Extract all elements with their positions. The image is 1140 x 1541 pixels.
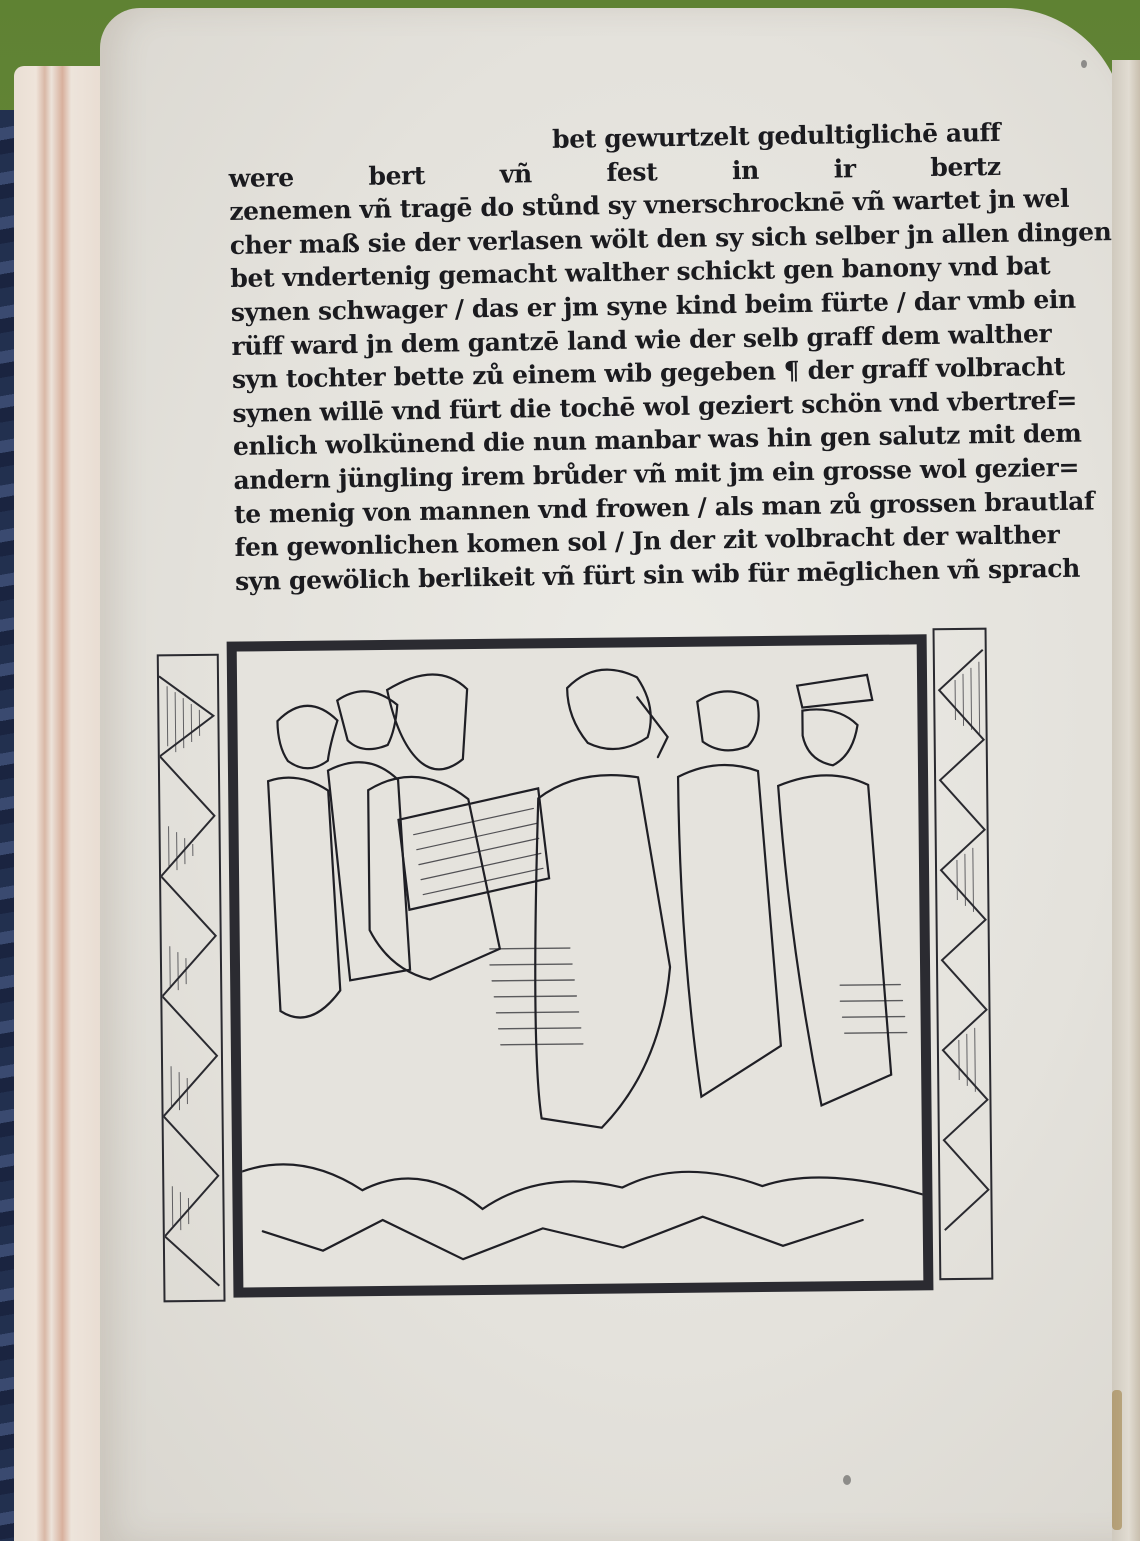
page-right-edge bbox=[1112, 60, 1140, 1541]
woodcut-scene bbox=[237, 644, 924, 1287]
woodcut-illustration bbox=[157, 624, 994, 1303]
triangle-border-right bbox=[933, 628, 994, 1281]
ink-speck bbox=[1081, 60, 1087, 68]
ink-speck bbox=[843, 1475, 851, 1485]
paper-stain bbox=[1112, 1390, 1122, 1530]
text-block: bet gewurtzelt gedultiglichē auff were b… bbox=[228, 116, 1007, 598]
triangle-pattern-icon bbox=[935, 630, 992, 1270]
triangle-border-left bbox=[157, 654, 226, 1303]
woodcut-frame bbox=[227, 634, 934, 1297]
triangle-pattern-icon bbox=[159, 656, 224, 1297]
